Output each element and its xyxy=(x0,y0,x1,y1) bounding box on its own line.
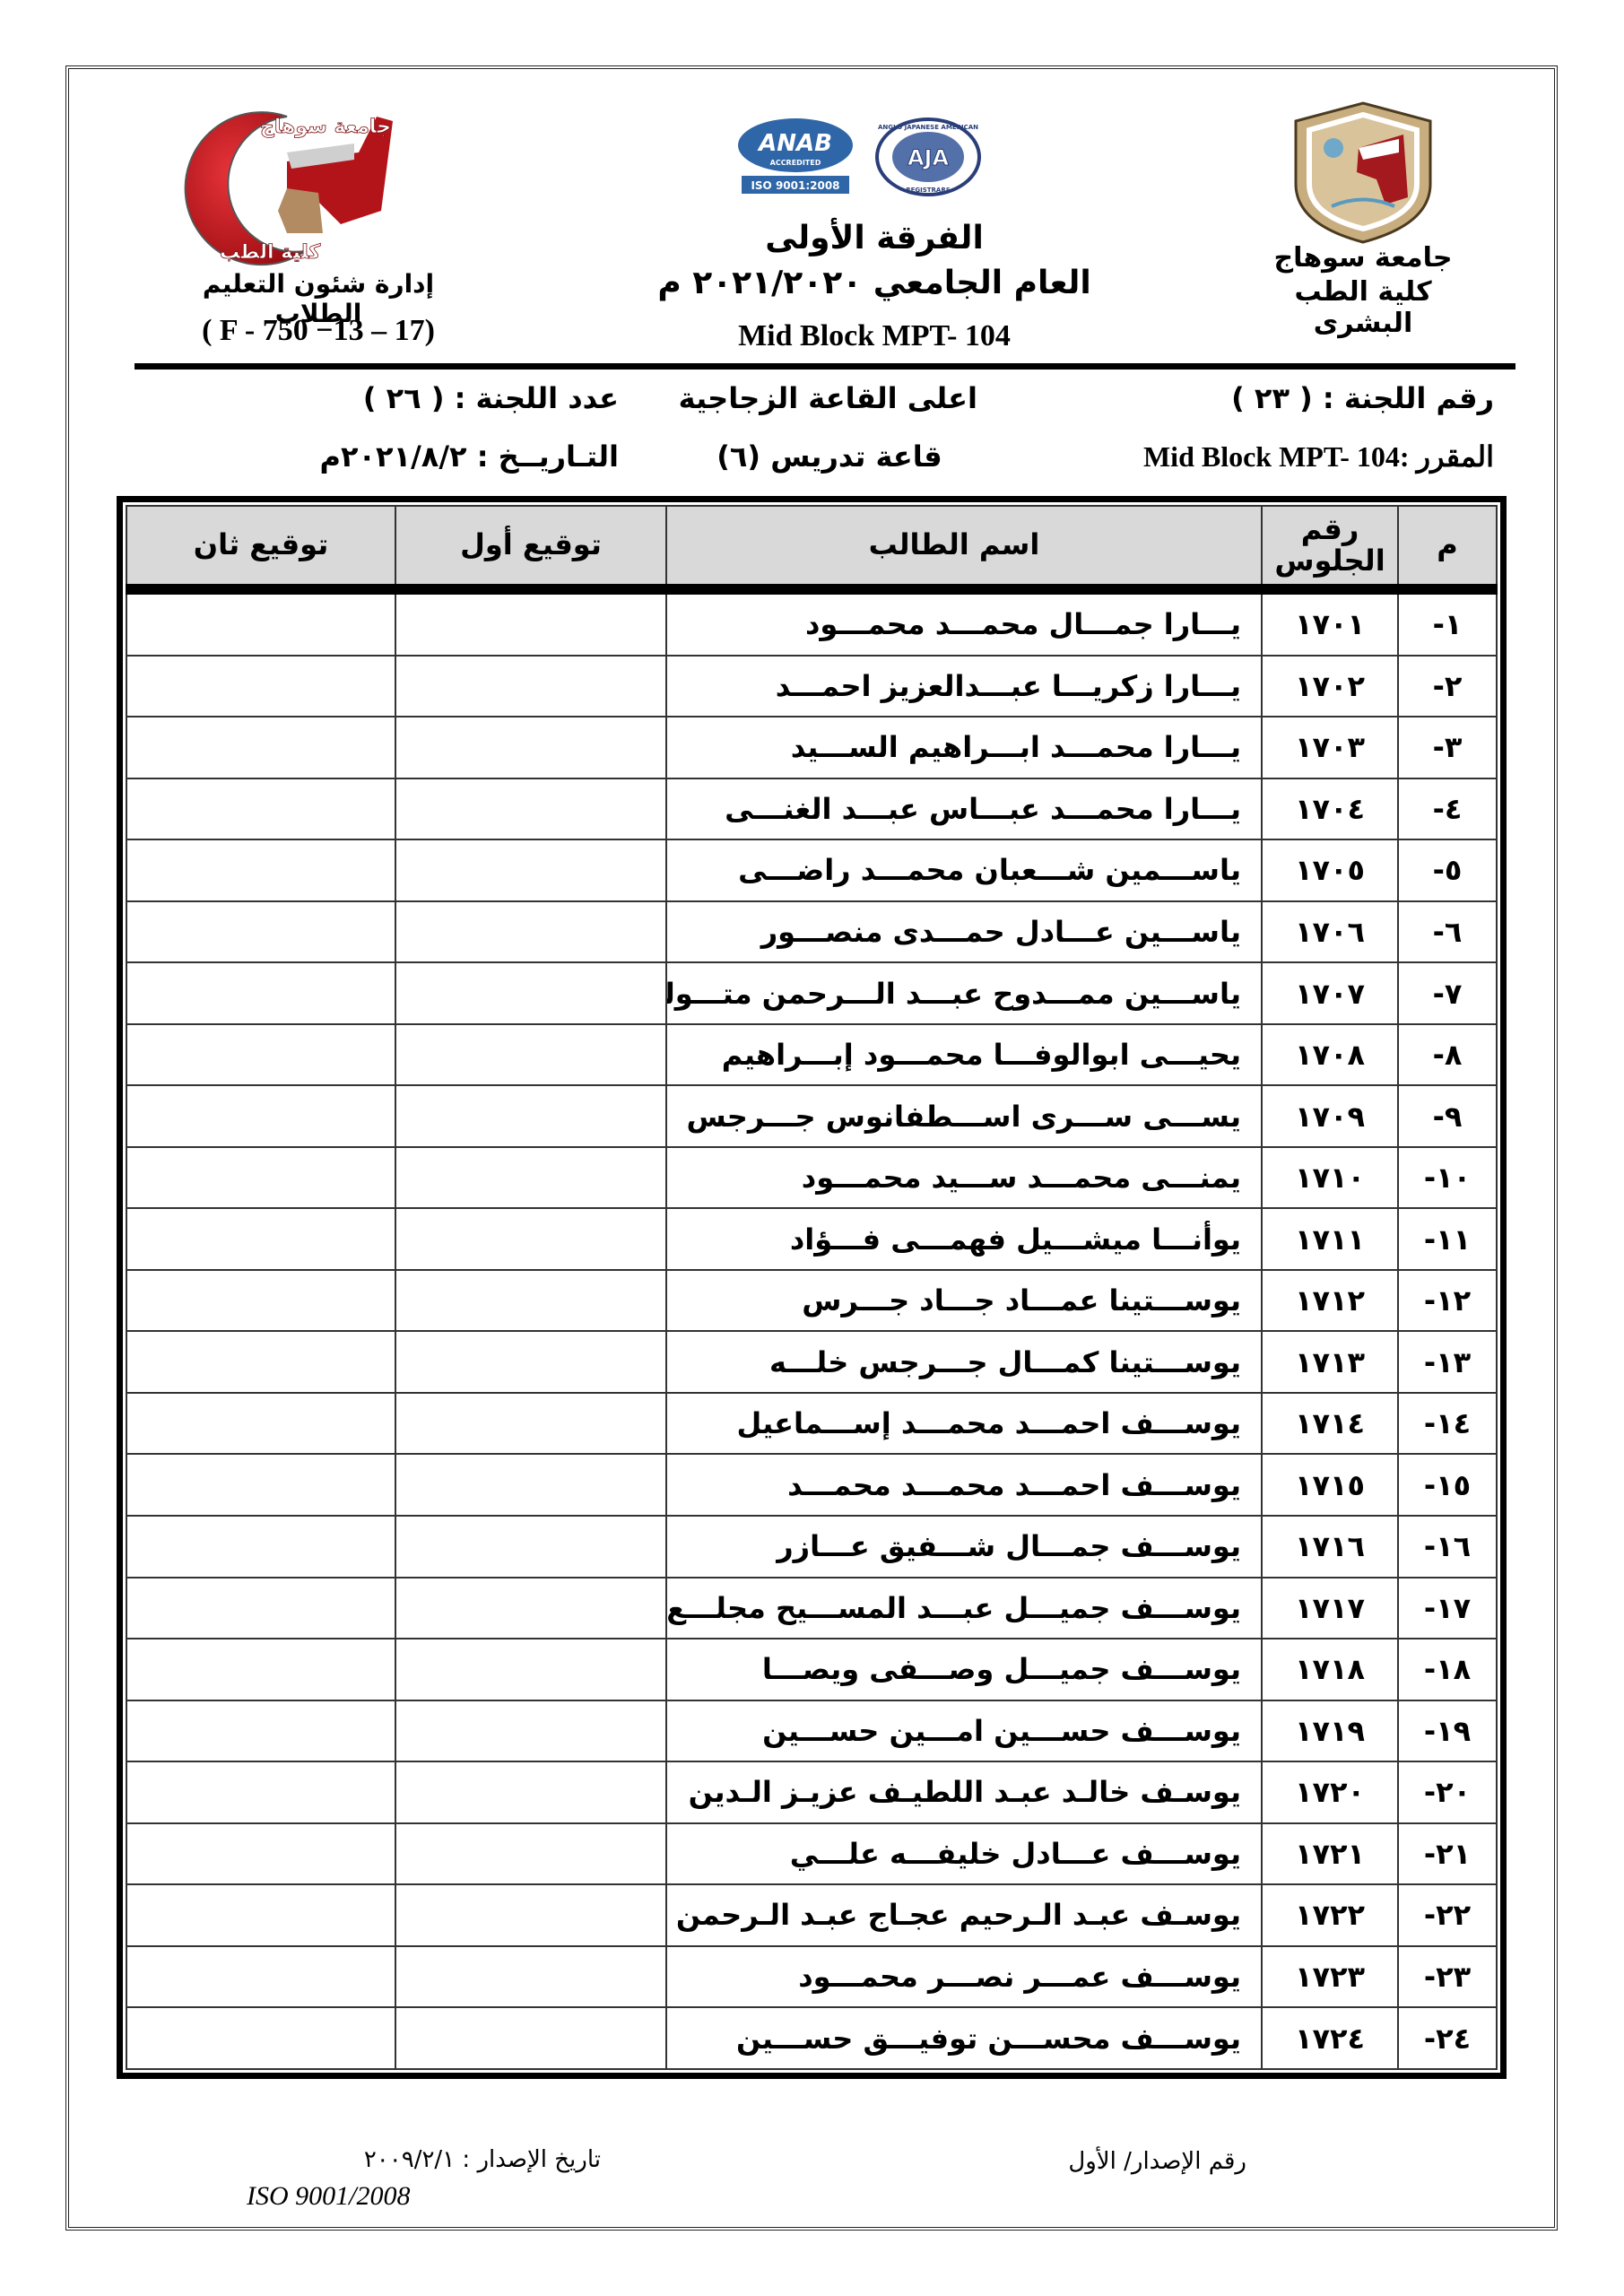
signature-2-cell[interactable] xyxy=(126,589,395,656)
academic-year: العام الجامعي ٢٠٢١/٢٠٢٠ م xyxy=(610,265,1139,301)
svg-text:ACCREDITED: ACCREDITED xyxy=(770,159,821,167)
row-index: ٢٣- xyxy=(1398,1946,1497,2008)
row-index: ١- xyxy=(1398,589,1497,656)
row-index: ١٨- xyxy=(1398,1639,1497,1700)
row-index: ٢- xyxy=(1398,656,1497,717)
row-index: ١٢- xyxy=(1398,1270,1497,1332)
signature-2-cell[interactable] xyxy=(126,1946,395,2008)
signature-1-cell[interactable] xyxy=(395,589,666,656)
signature-2-cell[interactable] xyxy=(126,901,395,963)
seat-number: ١٧٠٢ xyxy=(1262,656,1398,717)
seat-number: ١٧١٩ xyxy=(1262,1700,1398,1762)
table-row: ٧-١٧٠٧ياســـين ممـــدوح عبـــد الـــرحمن… xyxy=(126,962,1497,1024)
signature-2-cell[interactable] xyxy=(126,839,395,901)
seat-number: ١٧١٨ xyxy=(1262,1639,1398,1700)
signature-1-cell[interactable] xyxy=(395,656,666,717)
student-name: يســـى ســـرى اســـطفانوس جـــرجس xyxy=(666,1085,1262,1147)
seat-number: ١٧١٢ xyxy=(1262,1270,1398,1332)
seat-number: ١٧٠٨ xyxy=(1262,1024,1398,1086)
signature-1-cell[interactable] xyxy=(395,901,666,963)
signature-2-cell[interactable] xyxy=(126,1085,395,1147)
signature-1-cell[interactable] xyxy=(395,1639,666,1700)
seat-number: ١٧١٧ xyxy=(1262,1578,1398,1639)
signature-1-cell[interactable] xyxy=(395,717,666,778)
student-name: يوســـف جمـــال شـــفيق عـــازر xyxy=(666,1516,1262,1578)
form-code: ( F - 750 −13 – 17) xyxy=(157,314,480,348)
header-divider xyxy=(135,363,1515,370)
student-name: يوســـف حســـين امـــين حســـين xyxy=(666,1700,1262,1762)
table-row: ٥-١٧٠٥ياســـمين شـــعبان محمـــد راضـــى xyxy=(126,839,1497,901)
col-seat-number: رقم الجلوس xyxy=(1262,506,1398,589)
signature-2-cell[interactable] xyxy=(126,1208,395,1270)
signature-1-cell[interactable] xyxy=(395,962,666,1024)
table-body: ١-١٧٠١يـــارا جمـــال محمـــد محمـــود٢-… xyxy=(126,589,1497,2069)
course-title: Mid Block MPT- 104 xyxy=(628,319,1121,353)
attendance-table-frame: م رقم الجلوس اسم الطالب توقيع أول توقيع … xyxy=(117,496,1507,2079)
row-index: ٢٤- xyxy=(1398,2007,1497,2069)
signature-1-cell[interactable] xyxy=(395,1270,666,1332)
table-row: ٢٣-١٧٢٣يوســـف عمـــر نصـــر محمـــود xyxy=(126,1946,1497,2008)
iso-standard: ISO 9001/2008 xyxy=(247,2181,411,2212)
table-row: ٤-١٧٠٤يـــارا محمـــد عبـــاس عبـــد الغ… xyxy=(126,778,1497,840)
row-index: ٥- xyxy=(1398,839,1497,901)
seat-number: ١٧١٦ xyxy=(1262,1516,1398,1578)
student-name: يوســـف جميـــل عبـــد المســـيح مجلـــع xyxy=(666,1578,1262,1639)
student-name: يمنـــى محمـــد ســـيد محمـــود xyxy=(666,1147,1262,1209)
row-index: ١٩- xyxy=(1398,1700,1497,1762)
svg-text:ANAB: ANAB xyxy=(757,130,832,157)
table-row: ١٢-١٧١٢يوســـتينا عمـــاد جـــاد جـــرس xyxy=(126,1270,1497,1332)
seat-number: ١٧١٤ xyxy=(1262,1393,1398,1455)
svg-text:AJA: AJA xyxy=(908,145,950,170)
table-row: ١٠-١٧١٠يمنـــى محمـــد ســـيد محمـــود xyxy=(126,1147,1497,1209)
row-index: ٢٠- xyxy=(1398,1761,1497,1823)
signature-1-cell[interactable] xyxy=(395,1516,666,1578)
table-row: ١٧-١٧١٧يوســـف جميـــل عبـــد المســـيح … xyxy=(126,1578,1497,1639)
table-row: ١٩-١٧١٩يوســـف حســـين امـــين حســـين xyxy=(126,1700,1497,1762)
row-index: ٩- xyxy=(1398,1085,1497,1147)
issue-date: تاريخ الإصدار : ٢٠٠٩/٢/١ xyxy=(305,2146,601,2173)
row-index: ١٦- xyxy=(1398,1516,1497,1578)
signature-2-cell[interactable] xyxy=(126,1454,395,1516)
table-row: ٩-١٧٠٩يســـى ســـرى اســـطفانوس جـــرجس xyxy=(126,1085,1497,1147)
student-name: يوســـتينا كمـــال جـــرجس خلـــه xyxy=(666,1331,1262,1393)
signature-1-cell[interactable] xyxy=(395,1024,666,1086)
signature-1-cell[interactable] xyxy=(395,1393,666,1455)
table-header-row: م رقم الجلوس اسم الطالب توقيع أول توقيع … xyxy=(126,506,1497,589)
table-row: ٢٤-١٧٢٤يوســـف محســـن توفيـــق حســـين xyxy=(126,2007,1497,2069)
table-row: ٢-١٧٠٢يـــارا زكريـــا عبـــدالعزيز احمـ… xyxy=(126,656,1497,717)
student-name: يوســـف احمـــد محمـــد محمـــد xyxy=(666,1454,1262,1516)
student-name: يوأنـــا ميشـــيل فهمـــى فـــؤاد xyxy=(666,1208,1262,1270)
row-index: ٣- xyxy=(1398,717,1497,778)
student-name: يوســـتينا عمـــاد جـــاد جـــرس xyxy=(666,1270,1262,1332)
signature-1-cell[interactable] xyxy=(395,1331,666,1393)
row-index: ٨- xyxy=(1398,1024,1497,1086)
table-row: ١٦-١٧١٦يوســـف جمـــال شـــفيق عـــازر xyxy=(126,1516,1497,1578)
exam-room: قاعة تدريس (٦) xyxy=(682,439,977,474)
row-index: ١٤- xyxy=(1398,1393,1497,1455)
faculty-name: كلية الطب البشرى xyxy=(1246,276,1480,339)
signature-2-cell[interactable] xyxy=(126,962,395,1024)
table-row: ١٨-١٧١٨يوســـف جميـــل وصـــفى ويصـــا xyxy=(126,1639,1497,1700)
table-row: ١٤-١٧١٤يوســـف احمـــد محمـــد إســـماعي… xyxy=(126,1393,1497,1455)
student-name: يوســـف جميـــل وصـــفى ويصـــا xyxy=(666,1639,1262,1700)
signature-2-cell[interactable] xyxy=(126,1578,395,1639)
crescent-logo-icon: جامعة سوهاج كلية الطب xyxy=(152,99,421,269)
signature-2-cell[interactable] xyxy=(126,656,395,717)
committee-number: رقم اللجنة : ( ٢٣ ) xyxy=(1231,381,1494,415)
seat-number: ١٧٠٧ xyxy=(1262,962,1398,1024)
table-row: ٦-١٧٠٦ياســـين عـــادل حمـــدى منصـــور xyxy=(126,901,1497,963)
seat-number: ١٧٠٩ xyxy=(1262,1085,1398,1147)
svg-text:ISO 9001:2008: ISO 9001:2008 xyxy=(751,179,839,192)
signature-1-cell[interactable] xyxy=(395,1823,666,1885)
col-signature-2: توقيع ثان xyxy=(126,506,395,589)
student-name: يوسـف عبـد الـرحيم عجـاج عبـد الـرحمن xyxy=(666,1884,1262,1946)
signature-2-cell[interactable] xyxy=(126,1761,395,1823)
aja-registrars-logo: AJA ANGLO JAPANESE AMERICAN REGISTRARS xyxy=(874,117,982,197)
signature-1-cell[interactable] xyxy=(395,1761,666,1823)
seat-number: ١٧٠٣ xyxy=(1262,717,1398,778)
table-row: ١٥-١٧١٥يوســـف احمـــد محمـــد محمـــد xyxy=(126,1454,1497,1516)
student-name: ياســـين ممـــدوح عبـــد الـــرحمن متـــ… xyxy=(666,962,1262,1024)
committee-count: عدد اللجنة : ( ٢٦ ) xyxy=(341,381,619,415)
university-crest-icon xyxy=(1278,99,1448,247)
signature-1-cell[interactable] xyxy=(395,2007,666,2069)
seat-number: ١٧٠٥ xyxy=(1262,839,1398,901)
aja-logo-icon: AJA ANGLO JAPANESE AMERICAN REGISTRARS xyxy=(874,117,982,197)
signature-2-cell[interactable] xyxy=(126,1639,395,1700)
row-index: ١٥- xyxy=(1398,1454,1497,1516)
signature-2-cell[interactable] xyxy=(126,1270,395,1332)
row-index: ١٧- xyxy=(1398,1578,1497,1639)
signature-1-cell[interactable] xyxy=(395,1578,666,1639)
student-name: ياســـمين شـــعبان محمـــد راضـــى xyxy=(666,839,1262,901)
signature-2-cell[interactable] xyxy=(126,1700,395,1762)
seat-number: ١٧١٥ xyxy=(1262,1454,1398,1516)
signature-1-cell[interactable] xyxy=(395,778,666,840)
table-row: ١-١٧٠١يـــارا جمـــال محمـــد محمـــود xyxy=(126,589,1497,656)
student-name: ياســـين عـــادل حمـــدى منصـــور xyxy=(666,901,1262,963)
signature-2-cell[interactable] xyxy=(126,1516,395,1578)
student-name: يوســـف محســـن توفيـــق حســـين xyxy=(666,2007,1262,2069)
university-name: جامعة سوهاج xyxy=(1246,242,1480,274)
signature-2-cell[interactable] xyxy=(126,2007,395,2069)
row-index: ٦- xyxy=(1398,901,1497,963)
student-name: يـــارا جمـــال محمـــد محمـــود xyxy=(666,589,1262,656)
signature-1-cell[interactable] xyxy=(395,1454,666,1516)
student-name: يـــارا محمـــد ابـــراهيم الســـيد xyxy=(666,717,1262,778)
table-row: ١١-١٧١١يوأنـــا ميشـــيل فهمـــى فـــؤاد xyxy=(126,1208,1497,1270)
seat-number: ١٧٢٢ xyxy=(1262,1884,1398,1946)
signature-1-cell[interactable] xyxy=(395,1700,666,1762)
seat-number: ١٧٠٦ xyxy=(1262,901,1398,963)
signature-2-cell[interactable] xyxy=(126,1823,395,1885)
student-name: يوسـف خالـد عبـد اللطيـف عزيـز الـدين xyxy=(666,1761,1262,1823)
student-name: يوســـف عـــادل خليفـــه علـــي xyxy=(666,1823,1262,1885)
signature-2-cell[interactable] xyxy=(126,778,395,840)
signature-2-cell[interactable] xyxy=(126,1147,395,1209)
table-row: ١٣-١٧١٣يوســـتينا كمـــال جـــرجس خلـــه xyxy=(126,1331,1497,1393)
signature-2-cell[interactable] xyxy=(126,1393,395,1455)
signature-1-cell[interactable] xyxy=(395,1946,666,2008)
seat-number: ١٧٢١ xyxy=(1262,1823,1398,1885)
seat-number: ١٧١٠ xyxy=(1262,1147,1398,1209)
row-index: ١٣- xyxy=(1398,1331,1497,1393)
faculty-logo: جامعة سوهاج كلية الطب xyxy=(152,99,421,269)
student-name: يحيـــى ابوالوفـــا محمـــود إبـــراهيم xyxy=(666,1024,1262,1086)
row-index: ٤- xyxy=(1398,778,1497,840)
seat-number: ١٧٠٤ xyxy=(1262,778,1398,840)
table-row: ٣-١٧٠٣يـــارا محمـــد ابـــراهيم الســـي… xyxy=(126,717,1497,778)
table-row: ٢١-١٧٢١يوســـف عـــادل خليفـــه علـــي xyxy=(126,1823,1497,1885)
signature-1-cell[interactable] xyxy=(395,1147,666,1209)
anab-logo-icon: ANAB ACCREDITED ISO 9001:2008 xyxy=(735,117,856,202)
signature-2-cell[interactable] xyxy=(126,1024,395,1086)
seat-number: ١٧٠١ xyxy=(1262,589,1398,656)
seat-number: ١٧٢٣ xyxy=(1262,1946,1398,2008)
svg-text:REGISTRARS: REGISTRARS xyxy=(906,187,951,194)
table-row: ٢٢-١٧٢٢يوسـف عبـد الـرحيم عجـاج عبـد الـ… xyxy=(126,1884,1497,1946)
attendance-table: م رقم الجلوس اسم الطالب توقيع أول توقيع … xyxy=(126,505,1498,2070)
signature-1-cell[interactable] xyxy=(395,1085,666,1147)
seat-number: ١٧١١ xyxy=(1262,1208,1398,1270)
student-name: يـــارا زكريـــا عبـــدالعزيز احمـــد xyxy=(666,656,1262,717)
version-number: رقم الإصدار/ الأول xyxy=(1031,2148,1246,2175)
seat-number: ١٧٢٠ xyxy=(1262,1761,1398,1823)
svg-text:كلية الطب: كلية الطب xyxy=(220,241,320,264)
signature-2-cell[interactable] xyxy=(126,1884,395,1946)
table-row: ٨-١٧٠٨يحيـــى ابوالوفـــا محمـــود إبـــ… xyxy=(126,1024,1497,1086)
row-index: ١١- xyxy=(1398,1208,1497,1270)
student-name: يوســـف احمـــد محمـــد إســـماعيل xyxy=(666,1393,1262,1455)
table-row: ٢٠-١٧٢٠يوسـف خالـد عبـد اللطيـف عزيـز ال… xyxy=(126,1761,1497,1823)
signature-2-cell[interactable] xyxy=(126,717,395,778)
col-index: م xyxy=(1398,506,1497,589)
year-level-title: الفرقة الأولى xyxy=(628,220,1121,257)
seat-number: ١٧١٣ xyxy=(1262,1331,1398,1393)
row-index: ١٠- xyxy=(1398,1147,1497,1209)
exam-hall: اعلى القاعة الزجاجية xyxy=(682,381,977,415)
anab-accreditation-logo: ANAB ACCREDITED ISO 9001:2008 xyxy=(735,117,856,202)
row-index: ٧- xyxy=(1398,962,1497,1024)
student-name: يـــارا محمـــد عبـــاس عبـــد الغنـــى xyxy=(666,778,1262,840)
signature-2-cell[interactable] xyxy=(126,1331,395,1393)
col-signature-1: توقيع أول xyxy=(395,506,666,589)
svg-text:جامعة سوهاج: جامعة سوهاج xyxy=(260,116,391,138)
university-crest xyxy=(1278,99,1448,247)
row-index: ٢١- xyxy=(1398,1823,1497,1885)
course-label: المقرر :Mid Block MPT- 104 xyxy=(1143,439,1494,474)
signature-1-cell[interactable] xyxy=(395,839,666,901)
seat-number: ١٧٢٤ xyxy=(1262,2007,1398,2069)
signature-1-cell[interactable] xyxy=(395,1208,666,1270)
row-index: ٢٢- xyxy=(1398,1884,1497,1946)
col-student-name: اسم الطالب xyxy=(666,506,1262,589)
student-name: يوســـف عمـــر نصـــر محمـــود xyxy=(666,1946,1262,2008)
signature-1-cell[interactable] xyxy=(395,1884,666,1946)
svg-text:ANGLO JAPANESE AMERICAN: ANGLO JAPANESE AMERICAN xyxy=(878,124,978,131)
exam-date: التـاريــخ : ٢٠٢١/٨/٢م xyxy=(287,439,619,474)
